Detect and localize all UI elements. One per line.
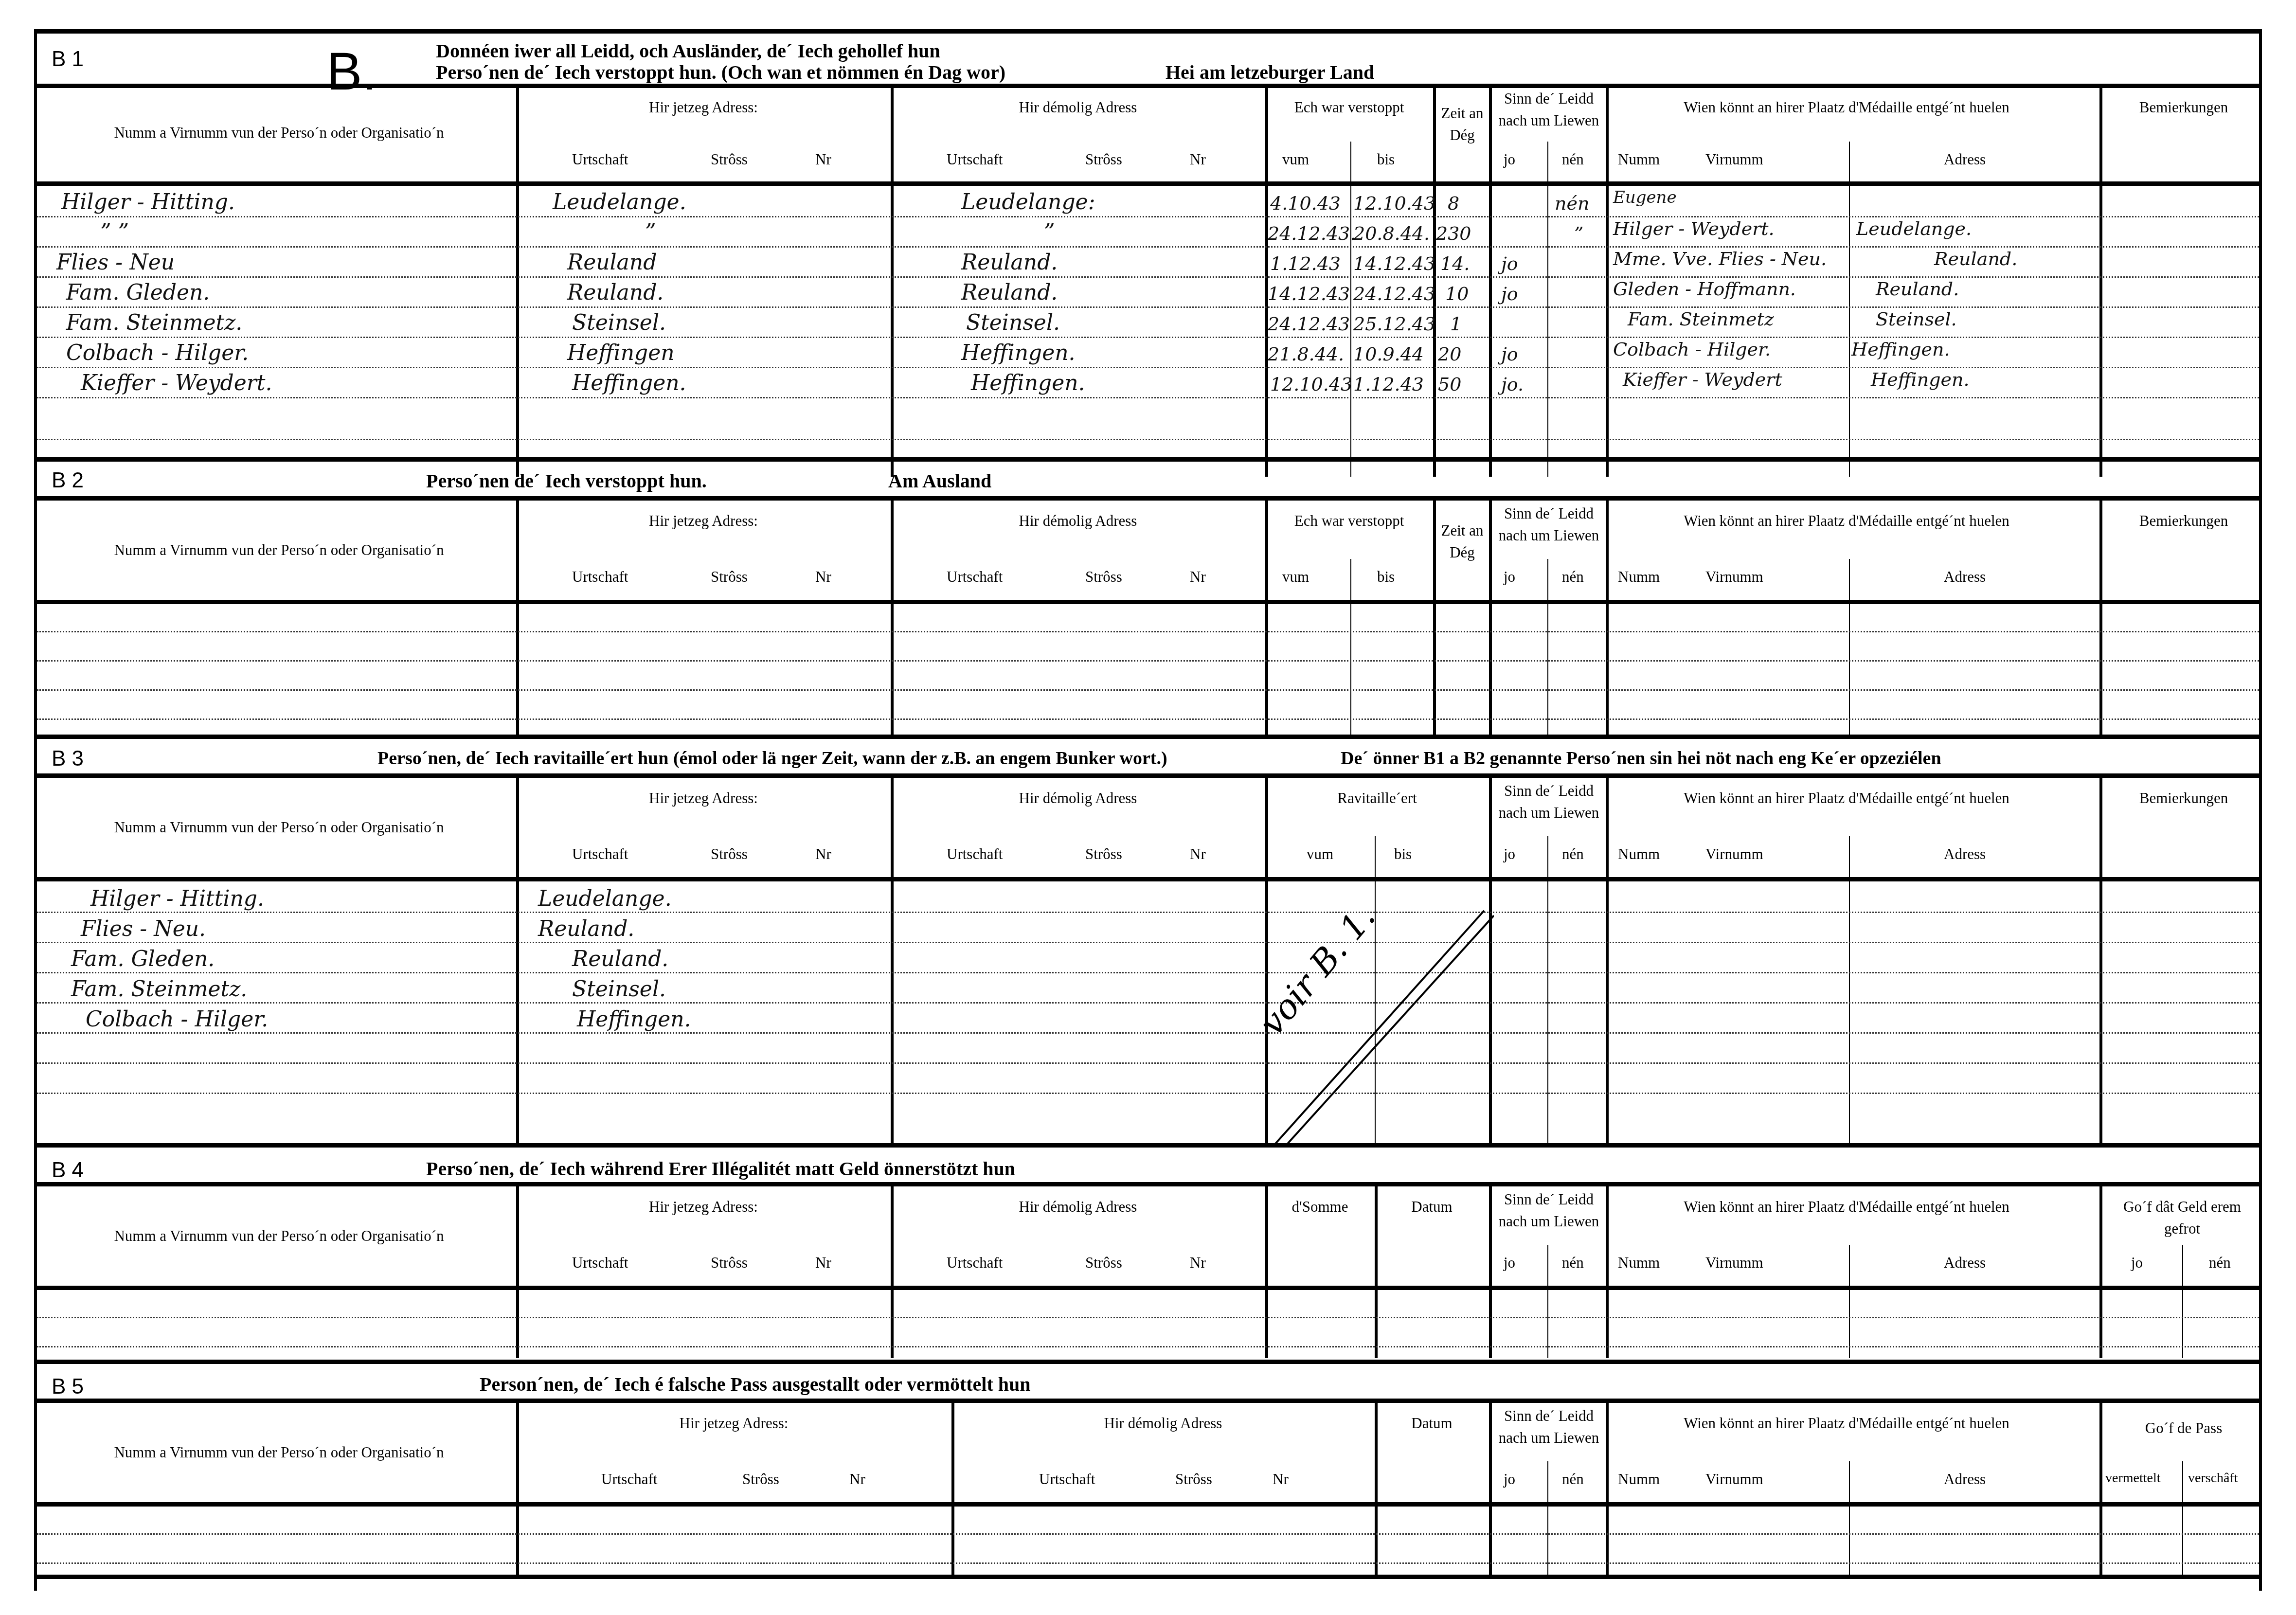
b1-row-vum: 24.12.43. bbox=[1268, 223, 1356, 244]
header-former-address: Hir démolig Adress bbox=[891, 1196, 1265, 1218]
header-urtschaft: Urtschaft bbox=[947, 566, 1003, 588]
b4-rows bbox=[37, 1290, 2259, 1358]
b1-row-medal-address: Steinsel. bbox=[1876, 308, 1957, 330]
b1-row-bis: 25.12.43 bbox=[1353, 313, 1435, 335]
header-stross: Strôss bbox=[1175, 1469, 1212, 1490]
header-gave-money: Go´f dât Geld erem gefrot bbox=[2109, 1196, 2255, 1240]
header-current-address: Hir jetzeg Adress: bbox=[516, 510, 891, 532]
header-adress: Adress bbox=[1944, 149, 1986, 171]
b3-row-current: Heffingen. bbox=[577, 1007, 691, 1032]
header-remarks: Bemierkungen bbox=[2102, 788, 2265, 809]
b1-rows: Hilger - Hitting. Leudelange. Leudelange… bbox=[37, 186, 2259, 477]
b1-row-days: 20 bbox=[1438, 343, 1461, 365]
column-header-row: Numm a Virnumm vun der Perso´n oder Orga… bbox=[37, 1182, 2259, 1290]
header-urtschaft: Urtschaft bbox=[572, 1252, 628, 1274]
section-title: Perso´nen de´ Iech verstoppt hun. bbox=[426, 469, 707, 492]
header-urtschaft: Urtschaft bbox=[572, 566, 628, 588]
b1-row-current: Reuland bbox=[567, 250, 657, 275]
b1-row-current: Steinsel. bbox=[572, 310, 666, 335]
header-nen: nén bbox=[2209, 1252, 2231, 1274]
section-label: B 4 bbox=[52, 1158, 84, 1183]
section-subtitle: Perso´nen de´ Iech verstoppt hun. (Och w… bbox=[436, 61, 1005, 84]
section-label: B 5 bbox=[52, 1375, 84, 1399]
header-medal: Wien könnt an hirer Plaatz d'Médaille en… bbox=[1657, 510, 2036, 532]
section-title: Person´nen, de´ Iech é falsche Pass ausg… bbox=[480, 1373, 1030, 1396]
header-date: Datum bbox=[1375, 1196, 1489, 1218]
b1-row-medal-address: Heffingen. bbox=[1851, 339, 1950, 360]
header-stross: Strôss bbox=[711, 843, 748, 865]
header-nr: Nr bbox=[815, 566, 831, 588]
b1-row-vum: 4.10.43 bbox=[1270, 193, 1341, 214]
header-alive: Sinn de´ Leidd nach um Liewen bbox=[1492, 780, 1606, 824]
b1-row-former: Heffingen. bbox=[961, 341, 1076, 365]
b1-row-days: 8 bbox=[1448, 193, 1459, 214]
header-stross: Strôss bbox=[711, 566, 748, 588]
header-jo: jo bbox=[1504, 843, 1515, 865]
b1-row-former: Reuland. bbox=[961, 250, 1058, 275]
b1-row-vum: 21.8.44. bbox=[1268, 343, 1344, 365]
b1-row-jo: jo bbox=[1501, 283, 1518, 305]
b3-row-current: Reuland. bbox=[538, 916, 634, 941]
header-stross: Strôss bbox=[711, 149, 748, 171]
b1-row-name: Flies - Neu bbox=[56, 250, 175, 275]
header-alive: Sinn de´ Leidd nach um Liewen bbox=[1492, 1405, 1606, 1449]
b3-row-current: Steinsel. bbox=[572, 977, 666, 1002]
header-medal: Wien könnt an hirer Plaatz d'Médaille en… bbox=[1657, 1196, 2036, 1218]
header-nr: Nr bbox=[1190, 843, 1206, 865]
header-medal: Wien könnt an hirer Plaatz d'Médaille en… bbox=[1657, 788, 2036, 809]
header-jo: jo bbox=[2131, 1252, 2143, 1274]
header-days: Zeit an Dég bbox=[1436, 103, 1489, 146]
form-page: B 1 B. Donnéen iwer all Leidd, och Auslä… bbox=[34, 29, 2262, 1591]
header-sum: d'Somme bbox=[1265, 1196, 1375, 1218]
section-b1: B 1 B. Donnéen iwer all Leidd, och Auslä… bbox=[37, 29, 2259, 477]
header-jo: jo bbox=[1504, 1469, 1515, 1490]
header-supplied: Ravitaille´ert bbox=[1265, 788, 1489, 809]
header-vum: vum bbox=[1282, 149, 1309, 171]
column-header-row: Numm a Virnumm vun der Perso´n oder Orga… bbox=[37, 1399, 2259, 1507]
header-stross: Strôss bbox=[742, 1469, 779, 1490]
header-urtschaft: Urtschaft bbox=[947, 149, 1003, 171]
b3-row-name: Fam. Steinmetz. bbox=[71, 977, 247, 1002]
header-stross: Strôss bbox=[1085, 1252, 1122, 1274]
header-numm: Numm bbox=[1618, 149, 1660, 171]
b1-row-medal-name: Eugene bbox=[1613, 188, 1677, 207]
b2-rows bbox=[37, 604, 2259, 736]
header-nen: nén bbox=[1562, 149, 1584, 171]
header-adress: Adress bbox=[1944, 566, 1986, 588]
section-b4: B 4 Perso´nen, de´ Iech während Erer Ill… bbox=[37, 1143, 2259, 1372]
header-vum: vum bbox=[1307, 843, 1333, 865]
header-nen: nén bbox=[1562, 1469, 1584, 1490]
header-jo: jo bbox=[1504, 149, 1515, 171]
b1-row-bis: 14.12.43 bbox=[1353, 253, 1435, 274]
header-remarks: Bemierkungen bbox=[2102, 97, 2265, 119]
b1-row-former: Steinsel. bbox=[966, 310, 1060, 335]
header-current-address: Hir jetzeg Adress: bbox=[516, 788, 891, 809]
header-current-address: Hir jetzeg Adress: bbox=[516, 1413, 951, 1435]
header-name: Numm a Virnumm vun der Perso´n oder Orga… bbox=[42, 1442, 516, 1464]
b1-row-bis: 10.9.44 bbox=[1353, 343, 1424, 365]
header-adress: Adress bbox=[1944, 843, 1986, 865]
header-current-address: Hir jetzeg Adress: bbox=[516, 1196, 891, 1218]
section-b2: B 2 Perso´nen de´ Iech verstoppt hun. Am… bbox=[37, 457, 2259, 759]
b1-row-medal-address: Heffingen. bbox=[1871, 369, 1970, 390]
b1-row-former: Heffingen. bbox=[971, 371, 1085, 395]
header-urtschaft: Urtschaft bbox=[572, 843, 628, 865]
section-label: B 1 bbox=[52, 47, 84, 72]
header-vum: vum bbox=[1282, 566, 1309, 588]
b1-row-former: ” bbox=[1044, 220, 1055, 245]
b1-row-medal-name: Hilger - Weydert. bbox=[1613, 218, 1775, 239]
header-virnumm: Virnumm bbox=[1705, 1252, 1763, 1274]
header-adress: Adress bbox=[1944, 1469, 1986, 1490]
header-virnumm: Virnumm bbox=[1705, 566, 1763, 588]
header-virnumm: Virnumm bbox=[1705, 1469, 1763, 1490]
section-title: Perso´nen, de´ Iech während Erer Illégal… bbox=[426, 1157, 1015, 1180]
header-nr: Nr bbox=[1190, 1252, 1206, 1274]
header-nr: Nr bbox=[1273, 1469, 1289, 1490]
b3-row-name: Flies - Neu. bbox=[81, 916, 206, 941]
header-nr: Nr bbox=[849, 1469, 865, 1490]
b1-row-medal-name: Fam. Steinmetz bbox=[1628, 308, 1774, 330]
header-urtschaft: Urtschaft bbox=[572, 149, 628, 171]
header-arranged: vermettelt bbox=[2105, 1469, 2161, 1489]
b1-row-jo: jo bbox=[1501, 343, 1518, 365]
b3-row-name: Colbach - Hilger. bbox=[86, 1007, 268, 1032]
header-jo: jo bbox=[1504, 1252, 1515, 1274]
b3-row-name: Fam. Gleden. bbox=[71, 947, 215, 971]
b1-row-current: Leudelange. bbox=[553, 190, 686, 215]
b1-row-former: Reuland. bbox=[961, 280, 1058, 305]
header-nr: Nr bbox=[1190, 149, 1206, 171]
header-nr: Nr bbox=[815, 843, 831, 865]
b1-row-name: Colbach - Hilger. bbox=[66, 341, 249, 365]
b1-row-name: Fam. Gleden. bbox=[66, 280, 210, 305]
b1-row-name: Fam. Steinmetz. bbox=[66, 310, 242, 335]
b5-rows bbox=[37, 1507, 2259, 1575]
header-pass: Go´f de Pass bbox=[2102, 1418, 2265, 1439]
header-urtschaft: Urtschaft bbox=[947, 1252, 1003, 1274]
header-adress: Adress bbox=[1944, 1252, 1986, 1274]
b1-row-bis: 24.12.43 bbox=[1353, 283, 1435, 305]
header-former-address: Hir démolig Adress bbox=[891, 510, 1265, 532]
header-nen: nén bbox=[1562, 843, 1584, 865]
b1-row-jo: jo bbox=[1501, 253, 1518, 274]
header-hidden: Ech war verstoppt bbox=[1265, 510, 1433, 532]
column-header-row: Numm a Virnumm vun der Perso´n oder Orga… bbox=[37, 496, 2259, 604]
section-label: B 2 bbox=[52, 468, 84, 493]
b1-row-vum: 14.12.43 bbox=[1268, 283, 1350, 305]
header-jo: jo bbox=[1504, 566, 1515, 588]
header-name: Numm a Virnumm vun der Perso´n oder Orga… bbox=[42, 817, 516, 839]
header-remarks: Bemierkungen bbox=[2102, 510, 2265, 532]
column-header-row: Numm a Virnumm vun der Perso´n oder Orga… bbox=[37, 773, 2259, 881]
b1-row-medal-address: Reuland. bbox=[1876, 278, 1959, 300]
b3-row-name: Hilger - Hitting. bbox=[90, 886, 264, 911]
b1-row-vum: 24.12.43 bbox=[1268, 313, 1350, 335]
header-name: Numm a Virnumm vun der Perso´n oder Orga… bbox=[42, 539, 516, 561]
b1-row-current: Reuland. bbox=[567, 280, 664, 305]
header-procured: verschâft bbox=[2188, 1469, 2238, 1489]
header-alive: Sinn de´ Leidd nach um Liewen bbox=[1492, 88, 1606, 132]
b1-row-jo: jo. bbox=[1501, 374, 1524, 395]
header-numm: Numm bbox=[1618, 1469, 1660, 1490]
header-former-address: Hir démolig Adress bbox=[891, 97, 1265, 119]
header-former-address: Hir démolig Adress bbox=[891, 788, 1265, 809]
header-medal: Wien könnt an hirer Plaatz d'Médaille en… bbox=[1657, 97, 2036, 119]
header-bis: bis bbox=[1377, 566, 1395, 588]
section-title: Donnéen iwer all Leidd, och Ausländer, d… bbox=[436, 39, 940, 62]
form-bottom-border bbox=[37, 1575, 2259, 1579]
b1-row-vum: 12.10.43 bbox=[1270, 374, 1352, 395]
b1-row-name: Hilger - Hitting. bbox=[61, 190, 235, 215]
b3-rows: Hilger - Hitting. Leudelange. Flies - Ne… bbox=[37, 881, 2259, 1144]
b3-row-current: Leudelange. bbox=[538, 886, 672, 911]
header-stross: Strôss bbox=[1085, 843, 1122, 865]
b1-row-vum: 1.12.43 bbox=[1270, 253, 1341, 274]
header-hidden: Ech war verstoppt bbox=[1265, 97, 1433, 119]
header-days: Zeit an Dég bbox=[1436, 520, 1489, 564]
b1-row-medal-address: Leudelange. bbox=[1856, 218, 1972, 239]
b1-row-current: ” bbox=[645, 220, 656, 245]
header-nr: Nr bbox=[815, 1252, 831, 1274]
b1-row-name: ” ” bbox=[100, 220, 129, 245]
header-numm: Numm bbox=[1618, 843, 1660, 865]
header-urtschaft: Urtschaft bbox=[1039, 1469, 1095, 1490]
header-name: Numm a Virnumm vun der Perso´n oder Orga… bbox=[42, 1225, 516, 1247]
section-b1-header: B 1 B. Donnéen iwer all Leidd, och Auslä… bbox=[37, 29, 2259, 84]
header-nen: nén bbox=[1562, 566, 1584, 588]
b1-row-days: 10 bbox=[1445, 283, 1469, 305]
header-nr: Nr bbox=[1190, 566, 1206, 588]
header-urtschaft: Urtschaft bbox=[601, 1469, 657, 1490]
strike-through-line bbox=[1265, 881, 1494, 1144]
b1-row-medal-name: Gleden - Hoffmann. bbox=[1613, 278, 1796, 300]
header-name: Numm a Virnumm vun der Perso´n oder Orga… bbox=[42, 122, 516, 144]
header-date: Datum bbox=[1375, 1413, 1489, 1435]
b1-row-current: Heffingen bbox=[567, 341, 675, 365]
b3-row-current: Reuland. bbox=[572, 947, 668, 971]
b1-row-medal-name: Colbach - Hilger. bbox=[1613, 339, 1771, 360]
header-nen: nén bbox=[1562, 1252, 1584, 1274]
b1-row-medal-address: Reuland. bbox=[1934, 248, 2017, 269]
section-title: Perso´nen, de´ Iech ravitaille´ert hun (… bbox=[377, 748, 1167, 769]
column-header-row: Numm a Virnumm vun der Perso´n oder Orga… bbox=[37, 84, 2259, 186]
b1-row-days: 50 bbox=[1438, 374, 1461, 395]
b1-row-bis: 20.8.44. bbox=[1353, 223, 1430, 244]
section-b5: B 5 Person´nen, de´ Iech é falsche Pass … bbox=[37, 1360, 2259, 1591]
section-note: De´ önner B1 a B2 genannte Perso´nen sin… bbox=[1341, 748, 1941, 769]
b1-row-days: 1 bbox=[1450, 313, 1462, 335]
header-alive: Sinn de´ Leidd nach um Liewen bbox=[1492, 1189, 1606, 1233]
header-former-address: Hir démolig Adress bbox=[951, 1413, 1375, 1435]
header-virnumm: Virnumm bbox=[1705, 149, 1763, 171]
b1-row-days: 14. bbox=[1440, 253, 1470, 274]
b1-row-bis: 12.10.43 bbox=[1353, 193, 1435, 214]
header-bis: bis bbox=[1377, 149, 1395, 171]
header-medal: Wien könnt an hirer Plaatz d'Médaille en… bbox=[1657, 1413, 2036, 1435]
b1-row-nen: nén bbox=[1555, 193, 1589, 214]
b1-row-nen: ” bbox=[1574, 223, 1583, 244]
section-location: Hei am letzeburger Land bbox=[1166, 61, 1374, 84]
header-nr: Nr bbox=[815, 149, 831, 171]
header-urtschaft: Urtschaft bbox=[947, 843, 1003, 865]
b1-row-current: Heffingen. bbox=[572, 371, 686, 395]
section-location: Am Ausland bbox=[888, 469, 991, 492]
b1-row-former: Leudelange: bbox=[961, 190, 1095, 215]
b1-row-bis: 1.12.43 bbox=[1353, 374, 1424, 395]
header-stross: Strôss bbox=[1085, 149, 1122, 171]
header-bis: bis bbox=[1394, 843, 1412, 865]
b1-row-medal-name: Kieffer - Weydert bbox=[1623, 369, 1782, 390]
header-numm: Numm bbox=[1618, 566, 1660, 588]
b1-row-days: 230 bbox=[1436, 223, 1471, 244]
section-label: B 3 bbox=[52, 747, 84, 771]
header-stross: Strôss bbox=[1085, 566, 1122, 588]
header-alive: Sinn de´ Leidd nach um Liewen bbox=[1492, 503, 1606, 547]
b1-row-medal-name: Mme. Vve. Flies - Neu. bbox=[1613, 248, 1827, 269]
header-current-address: Hir jetzeg Adress: bbox=[516, 97, 891, 119]
section-b3: B 3 Perso´nen, de´ Iech ravitaille´ert h… bbox=[37, 735, 2259, 1163]
header-virnumm: Virnumm bbox=[1705, 843, 1763, 865]
header-numm: Numm bbox=[1618, 1252, 1660, 1274]
header-stross: Strôss bbox=[711, 1252, 748, 1274]
b1-row-name: Kieffer - Weydert. bbox=[81, 371, 272, 395]
